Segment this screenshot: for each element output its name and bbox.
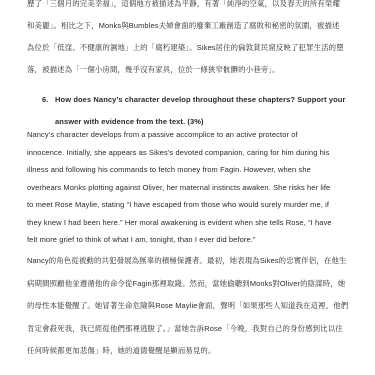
text-line: 和美麗」。相比之下，Monks與Bumbles夫婦會面的廢棄工廠創造了腐敗和秘密… bbox=[27, 15, 344, 37]
setting-description-paragraph: 歷了「三個月的完美幸福」，這個地方被描述為平靜，有著「純淨的空氣，以及春天的所有… bbox=[27, 0, 344, 81]
text-line: to meet Rose Maylie, stating “I have esc… bbox=[27, 196, 332, 214]
text-line: 為位於「低窪、不健康的濕地」上的「腐朽建築」。Sikes居住的倫敦貧民窟反映了犯… bbox=[27, 37, 344, 59]
text-line: 任何時候都更加悲傷」時，她的道德覺醒是顯而易見的。 bbox=[27, 340, 348, 363]
text-line: felt more grief to think of what I am, t… bbox=[27, 231, 332, 249]
text-line: innocence. Initially, she appears as Sik… bbox=[27, 144, 332, 162]
question-number: 6. bbox=[42, 89, 48, 111]
text-line: illness and following his commands to fe… bbox=[27, 161, 332, 179]
answer-paragraph-english: Nancy’s character develops from a passiv… bbox=[27, 126, 332, 249]
text-line: Nancy的角色從被動的共犯發展為無辜的積極保護者。最初，她表現為Sikes的忠… bbox=[27, 250, 348, 273]
text-line: they knew I had been here.” Her moral aw… bbox=[27, 214, 332, 232]
text-line: 肯定會殺死我，我已經從他們那裡逃脫了。」當她告訴Rose「今晚，我對自己的身份感… bbox=[27, 318, 348, 341]
text-line: overhears Monks plotting against Oliver,… bbox=[27, 179, 332, 197]
text-line: 的母性本能覺醒了。她冒著生命危險與Rose Maylie會面，聲明「如果那些人知… bbox=[27, 295, 348, 318]
text-line: 落，被描述為「一個小房間，幾乎沒有家具，位於一條狹窄骯髒的小巷旁」。 bbox=[27, 59, 344, 81]
answer-paragraph-chinese: Nancy的角色從被動的共犯發展為無辜的積極保護者。最初，她表現為Sikes的忠… bbox=[27, 250, 348, 363]
text-line: Nancy’s character develops from a passiv… bbox=[27, 126, 332, 144]
text-line: 歷了「三個月的完美幸福」，這個地方被描述為平靜，有著「純淨的空氣，以及春天的所有… bbox=[27, 0, 344, 15]
question-text-line: How does Nancy’s character develop throu… bbox=[55, 89, 346, 111]
text-line: 病期間照顧他並遵循他的命令從Fagin那裡取錢。然而，當她偷聽到Monks對Ol… bbox=[27, 273, 348, 296]
